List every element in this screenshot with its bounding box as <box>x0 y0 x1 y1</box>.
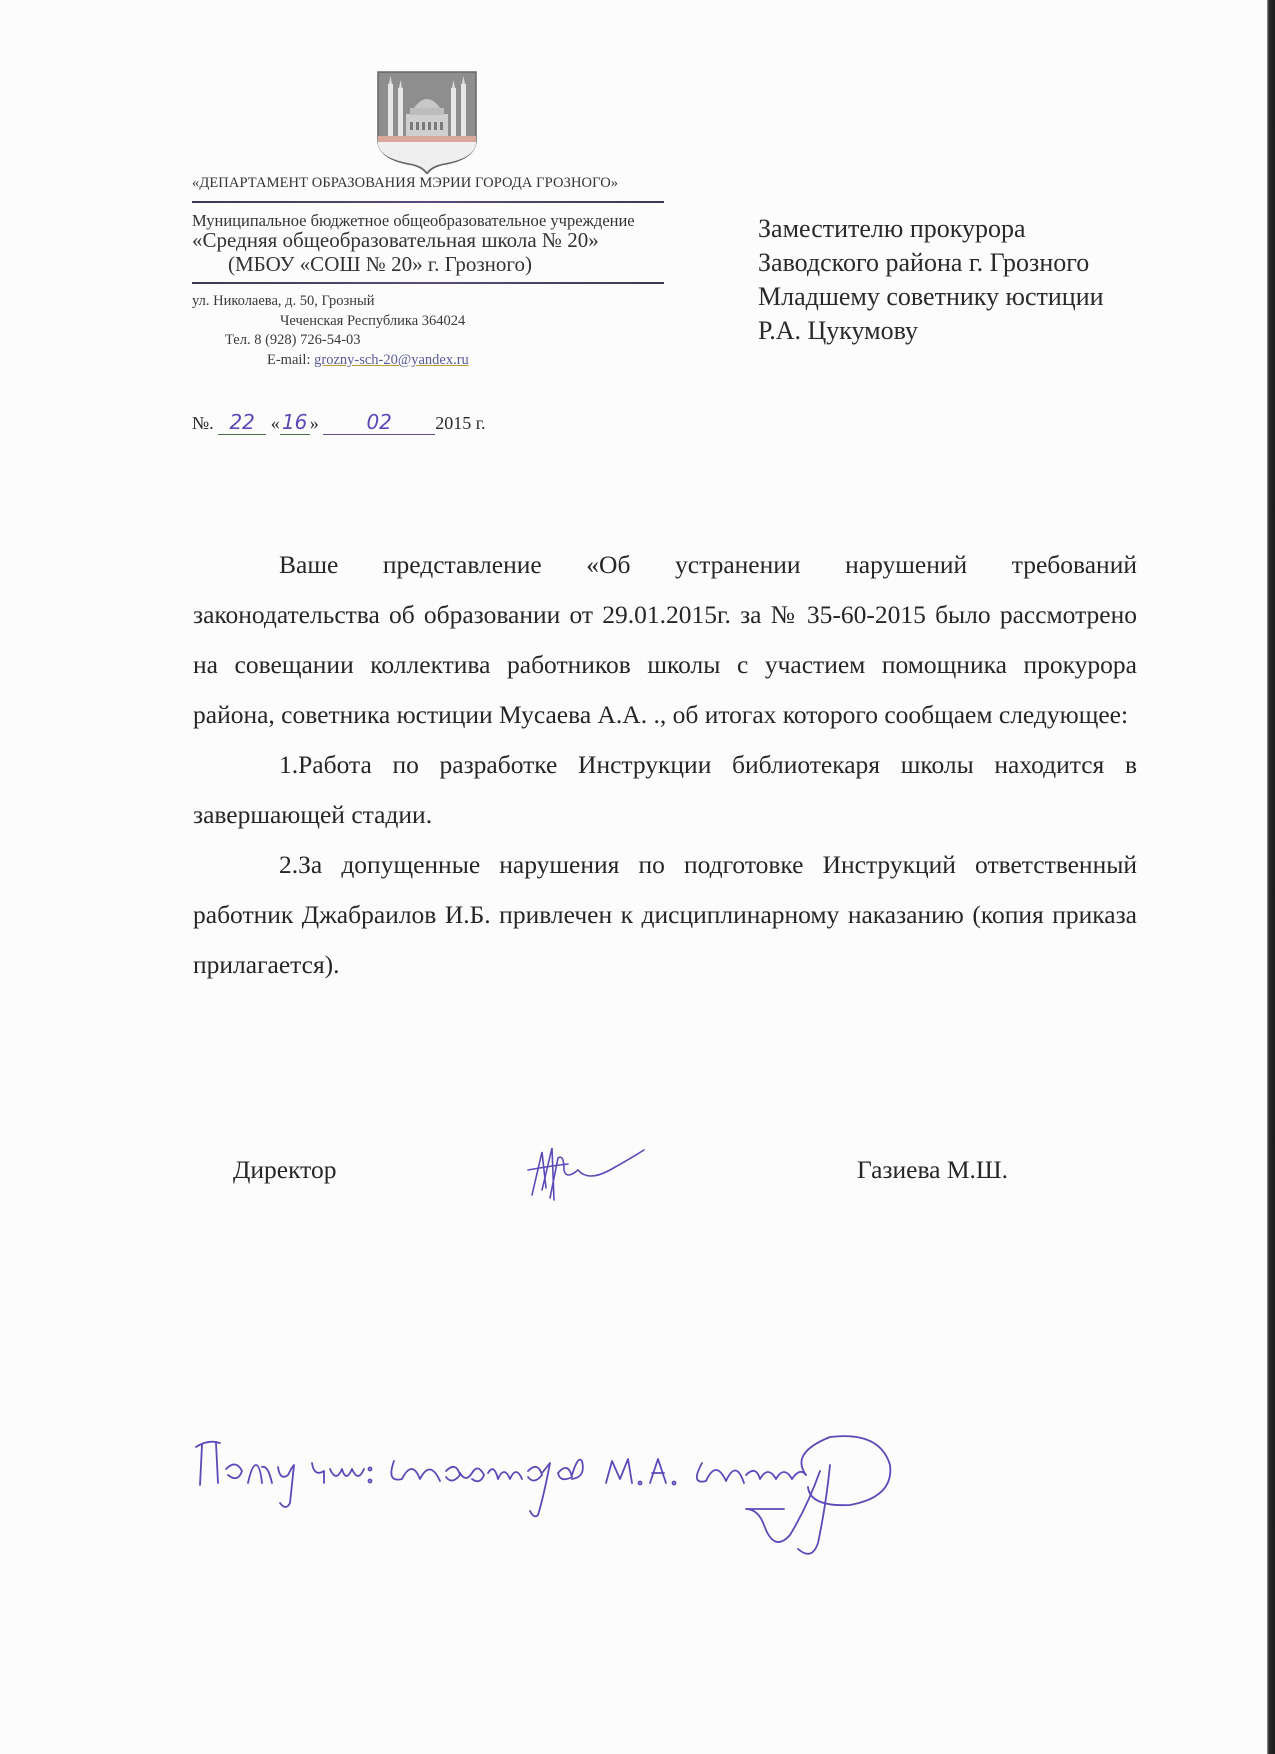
department-name: «ДЕПАРТАМЕНТ ОБРАЗОВАНИЯ МЭРИИ ГОРОДА ГР… <box>192 175 618 192</box>
body-item-2: 2.За допущенные нарушения по подготовке … <box>193 840 1137 990</box>
email-label: E-mail: <box>267 352 314 368</box>
number-label: №. <box>192 413 214 433</box>
address-street: ул. Николаева, д. 50, Грозный <box>192 293 374 310</box>
reference-day: 16 <box>280 410 310 435</box>
address-region: Чеченская Республика 364024 <box>280 313 465 330</box>
signatory-title: Директор <box>233 1155 336 1185</box>
institution-name: «Средняя общеобразовательная школа № 20» <box>192 228 599 253</box>
addressee-line-3: Младшему советнику юстиции <box>758 280 1104 314</box>
quote-close: » <box>310 413 319 433</box>
addressee-line-1: Заместителю прокурора <box>758 212 1104 246</box>
grozny-coat-of-arms-icon <box>376 70 478 174</box>
email-link[interactable]: grozny-sch-20@yandex.ru <box>314 352 469 368</box>
phone: Тел. 8 (928) 726-54-03 <box>225 332 361 349</box>
body-paragraph-intro: Ваше представление «Об устранении наруше… <box>193 540 1137 740</box>
reference-number: 22 <box>218 410 266 435</box>
addressee-line-4: Р.А. Цукумову <box>758 314 1104 348</box>
quote-open: « <box>271 413 280 433</box>
handwritten-signature-icon <box>520 1140 650 1215</box>
reference-year: 2015 г. <box>435 413 485 433</box>
body-item-1: 1.Работа по разработке Инструкции библио… <box>193 740 1137 840</box>
handwritten-receipt-signature-icon <box>190 1425 910 1575</box>
institution-abbrev: (МБОУ «СОШ № 20» г. Грозного) <box>228 252 532 277</box>
signatory-name: Газиева М.Ш. <box>857 1155 1008 1185</box>
letter-body: Ваше представление «Об устранении наруше… <box>193 540 1137 990</box>
reference-month: 02 <box>323 410 435 435</box>
scan-edge-border <box>1267 0 1275 1754</box>
addressee-line-2: Заводского района г. Грозного <box>758 246 1104 280</box>
addressee-block: Заместителю прокурора Заводского района … <box>758 212 1104 348</box>
letterhead-divider-bottom <box>192 282 664 284</box>
reference-line: №. 22 «16» 022015 г. <box>192 410 486 435</box>
letterhead-divider-top <box>192 201 664 203</box>
email-line: E-mail: grozny-sch-20@yandex.ru <box>267 352 469 369</box>
